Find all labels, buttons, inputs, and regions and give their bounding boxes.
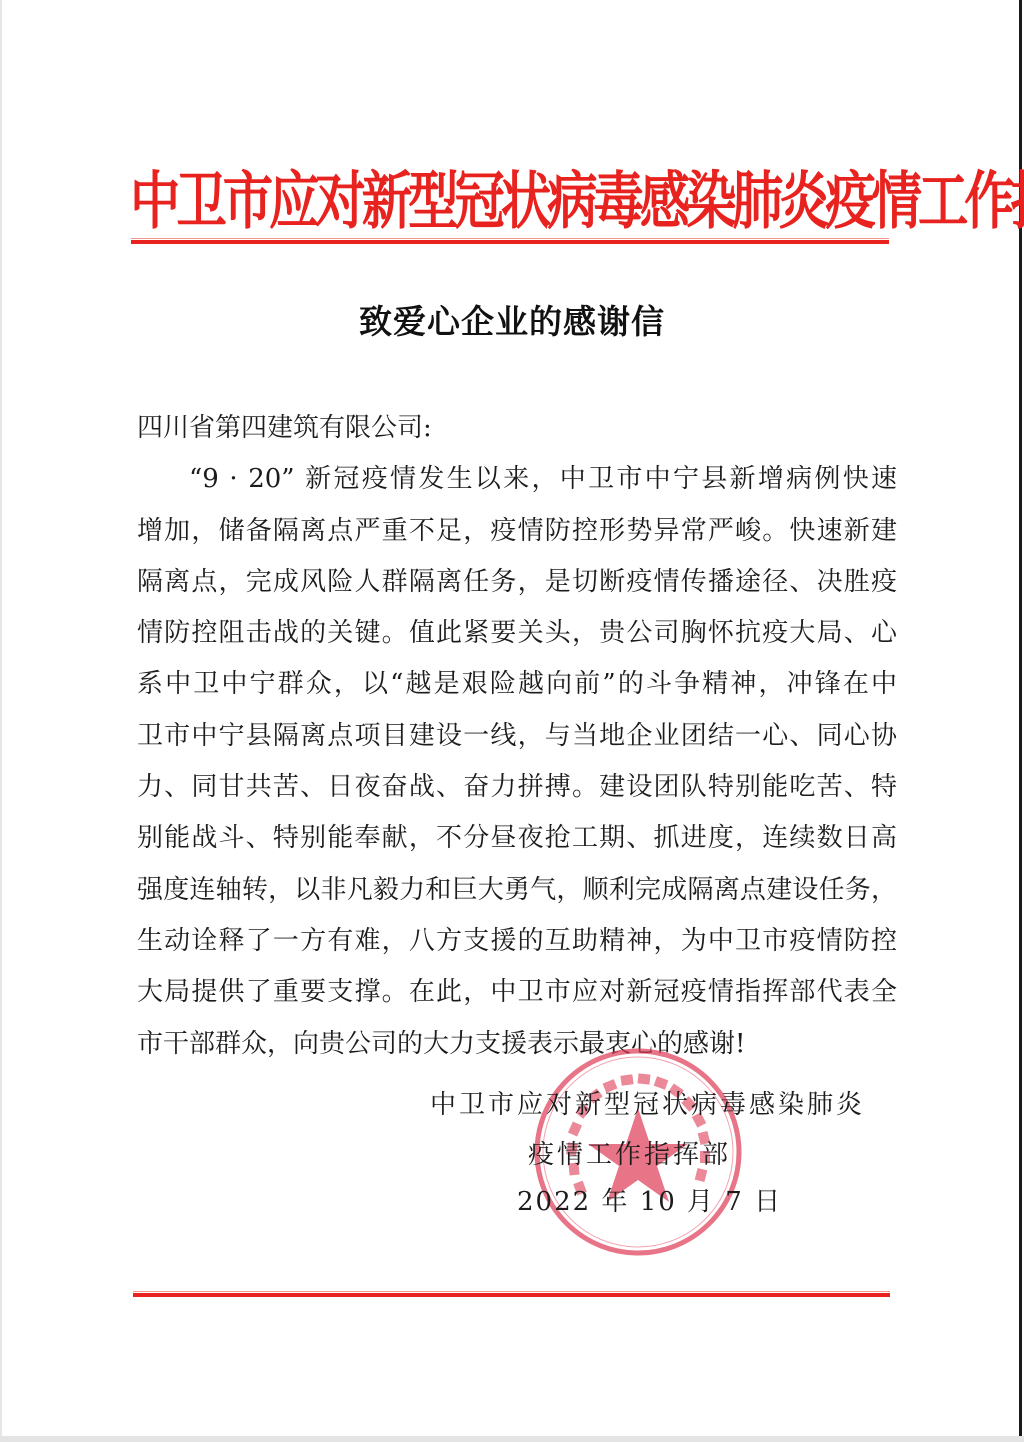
body-line: 卫市中宁县隔离点项目建设一线，与当地企业团结一心、同心协 [137, 711, 897, 762]
masthead-divider [131, 238, 889, 245]
signature-org-line1: 中卫市应对新型冠状病毒感染肺炎 [430, 1080, 865, 1130]
body-line: 隔离点，完成风险人群隔离任务，是切断疫情传播途径、决胜疫 [137, 557, 897, 608]
body-line: 强度连轴转，以非凡毅力和巨大勇气，顺利完成隔离点建设任务， [137, 865, 897, 916]
body-line: 生动诠释了一方有难，八方支援的互助精神，为中卫市疫情防控 [137, 916, 897, 967]
salutation: 四川省第四建筑有限公司: [137, 403, 897, 454]
page-frame-bottom [0, 1436, 1024, 1442]
body-line: 系中卫中宁群众，以“越是艰险越向前”的斗争精神，冲锋在中 [137, 659, 897, 710]
signature-org-line2: 疫情工作指挥部 [528, 1130, 731, 1180]
masthead: 中卫市应对新型冠状病毒感染肺炎疫情工作指挥部 [130, 166, 894, 236]
letter-page: 中卫市应对新型冠状病毒感染肺炎疫情工作指挥部 致爱心企业的感谢信 四川省第四建筑… [0, 0, 1024, 1442]
body-line: 市干部群众，向贵公司的大力支援表示最衷心的感谢! [137, 1019, 897, 1070]
body-line: 增加，储备隔离点严重不足，疫情防控形势异常严峻。快速新建 [137, 506, 897, 557]
letter-title: 致爱心企业的感谢信 [0, 298, 1024, 346]
body-line: 力、同甘共苦、日夜奋战、奋力拼搏。建设团队特别能吃苦、特 [137, 762, 897, 813]
footer-divider [133, 1291, 890, 1298]
letter-body: 四川省第四建筑有限公司: “9 · 20” 新冠疫情发生以来，中卫市中宁县新增病… [137, 403, 897, 1070]
signature-date: 2022 年 10 月 7 日 [517, 1177, 782, 1227]
body-line: “9 · 20” 新冠疫情发生以来，中卫市中宁县新增病例快速 [137, 454, 897, 505]
body-line: 别能战斗、特别能奉献，不分昼夜抢工期、抓进度，连续数日高 [137, 813, 897, 864]
body-line: 情防控阻击战的关键。值此紧要关头，贵公司胸怀抗疫大局、心 [137, 608, 897, 659]
masthead-title: 中卫市应对新型冠状病毒感染肺炎疫情工作指挥部 [130, 162, 1024, 240]
page-frame-left [0, 0, 2, 1442]
body-line: 大局提供了重要支撑。在此，中卫市应对新冠疫情指挥部代表全 [137, 967, 897, 1018]
